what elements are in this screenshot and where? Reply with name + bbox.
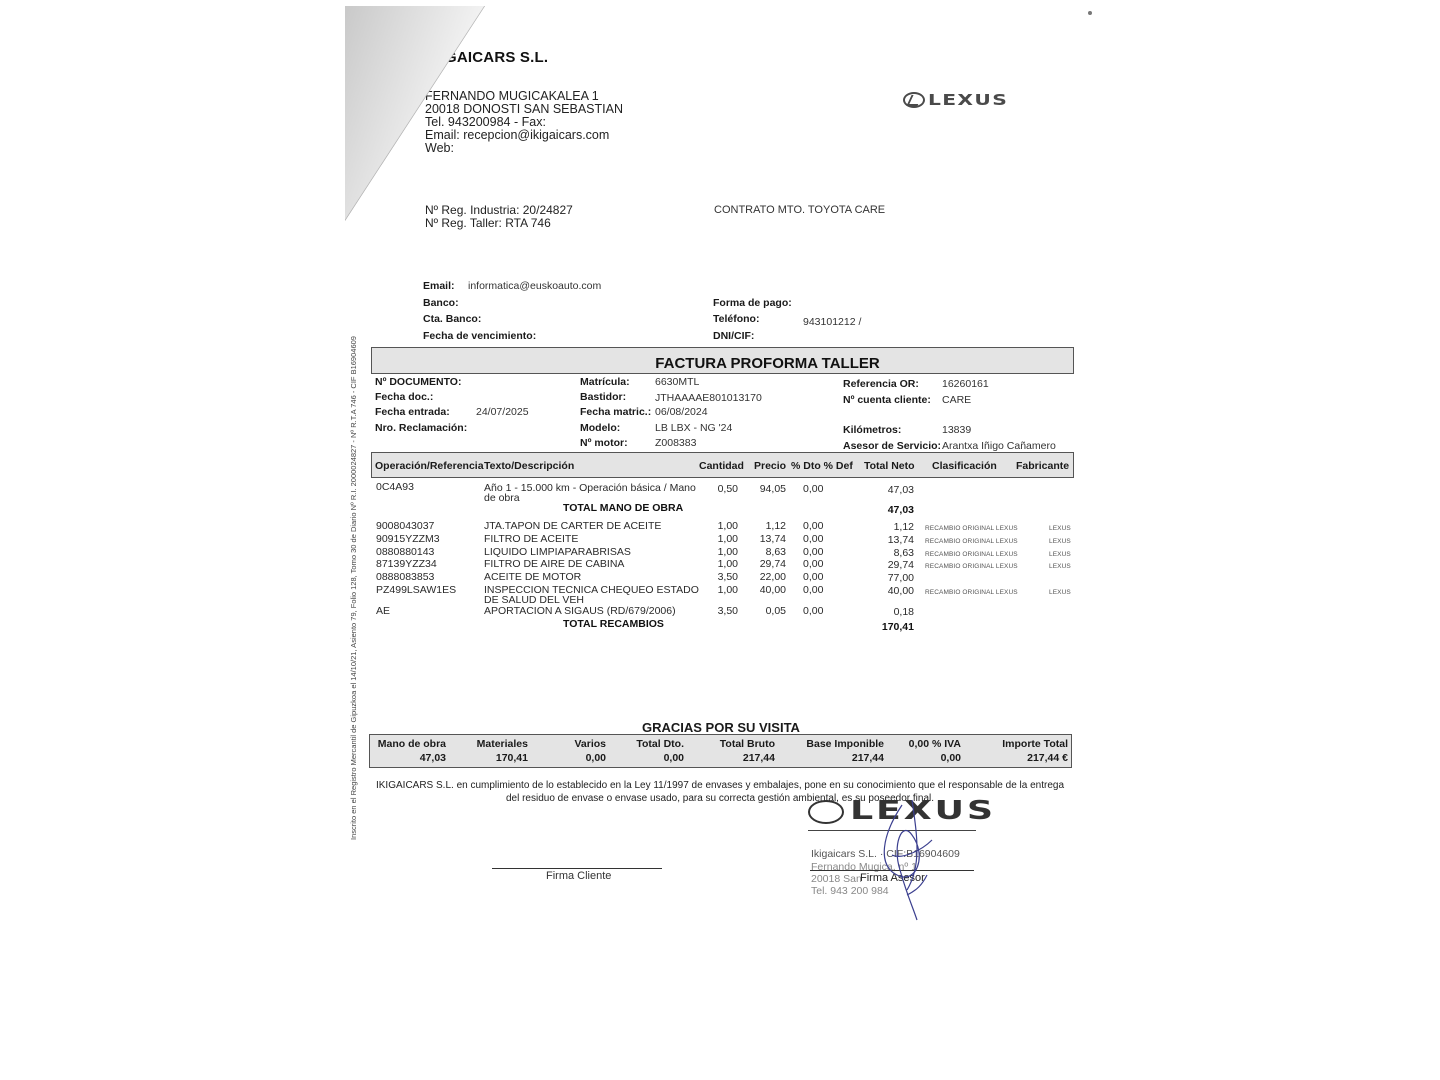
document-title: FACTURA PROFORMA TALLER [655, 355, 879, 372]
part-clasificacion: RECAMBIO ORIGINAL LEXUS [925, 551, 1018, 558]
stamp-lexus-emblem-icon [808, 800, 844, 824]
fecha-doc-label: Fecha doc.: [375, 391, 433, 403]
part-cantidad: 3,50 [700, 605, 738, 617]
total-label: Base Imponible [806, 738, 884, 750]
part-dto: 0,00 [803, 571, 823, 583]
part-cantidad: 3,50 [700, 571, 738, 583]
part-desc-line1: ACEITE DE MOTOR [484, 571, 581, 583]
scan-speck [1088, 11, 1092, 15]
part-clasificacion: RECAMBIO ORIGINAL LEXUS [925, 525, 1018, 532]
parts-total-value: 170,41 [870, 621, 914, 633]
total-label: Importe Total [1002, 738, 1068, 750]
modelo-value: LB LBX - NG '24 [655, 422, 732, 434]
referencia-or-value: 16260161 [942, 378, 989, 390]
part-ref: 90915YZZM3 [376, 533, 440, 545]
part-ref: 0888083853 [376, 571, 434, 583]
total-label: Mano de obra [378, 738, 446, 750]
part-precio: 13,74 [746, 533, 786, 545]
part-dto: 0,00 [803, 605, 823, 617]
col-total-neto: Total Neto [864, 460, 915, 472]
parts-total-label: TOTAL RECAMBIOS [563, 618, 664, 630]
part-clasificacion: RECAMBIO ORIGINAL LEXUS [925, 538, 1018, 545]
kilometros-value: 13839 [942, 424, 971, 436]
document-title-bar: FACTURA PROFORMA TALLER [371, 347, 1074, 374]
labor-total-value: 47,03 [870, 504, 914, 516]
labor-cantidad: 0,50 [700, 483, 738, 495]
lexus-logo: LEXUS [903, 91, 987, 109]
asesor-label: Asesor de Servicio: [843, 440, 941, 452]
part-total: 8,63 [870, 547, 914, 559]
thanks-message: GRACIAS POR SU VISITA [642, 720, 800, 735]
col-operacion: Operación/Referencia [375, 460, 484, 472]
part-total: 1,12 [870, 521, 914, 533]
lexus-emblem-icon [903, 92, 925, 108]
cuenta-cliente-label: Nº cuenta cliente: [843, 394, 931, 406]
part-ref: 0880880143 [376, 546, 434, 558]
contract-type: CONTRATO MTO. TOYOTA CARE [714, 204, 885, 216]
part-dto: 0,00 [803, 584, 823, 596]
part-cantidad: 1,00 [700, 533, 738, 545]
fecha-matric-label: Fecha matric.: [580, 406, 651, 418]
bastidor-label: Bastidor: [580, 391, 626, 403]
part-ref: 9008043037 [376, 520, 434, 532]
total-label: Varios [574, 738, 606, 750]
total-value: 217,44 € [1027, 752, 1068, 764]
items-table-header: Operación/Referencia Texto/Descripción C… [371, 452, 1074, 478]
labor-total-label: TOTAL MANO DE OBRA [563, 502, 683, 514]
asesor-value: Arantxa Iñigo Cañamero [942, 440, 1056, 452]
part-dto: 0,00 [803, 533, 823, 545]
telefono-value: 943101212 / [803, 316, 861, 328]
reg-taller: Nº Reg. Taller: RTA 746 [425, 217, 551, 231]
motor-label: Nº motor: [580, 437, 628, 449]
total-value: 0,00 [941, 752, 961, 764]
forma-pago-label: Forma de pago: [713, 297, 792, 309]
col-precio: Precio [754, 460, 786, 472]
client-signature-label: Firma Cliente [546, 870, 611, 882]
part-precio: 0,05 [746, 605, 786, 617]
part-ref: 87139YZZ34 [376, 558, 437, 570]
client-email-label: Email: [423, 280, 455, 292]
part-total: 13,74 [870, 534, 914, 546]
dni-cif-label: DNI/CIF: [713, 330, 754, 342]
part-total: 40,00 [870, 585, 914, 597]
part-ref: PZ499LSAW1ES [376, 584, 456, 596]
col-fabricante: Fabricante [1016, 460, 1069, 472]
telefono-label: Teléfono: [713, 313, 759, 325]
part-fabricante: LEXUS [1049, 589, 1071, 596]
reclamacion-label: Nro. Reclamación: [375, 422, 467, 434]
company-name: GAICARS S.L. [445, 49, 548, 66]
banco-label: Banco: [423, 297, 459, 309]
total-value: 0,00 [664, 752, 684, 764]
total-value: 0,00 [586, 752, 606, 764]
registry-side-text: Inscrito en el Registro Mercantil de Gip… [349, 310, 358, 840]
part-precio: 40,00 [746, 584, 786, 596]
part-cantidad: 1,00 [700, 520, 738, 532]
part-cantidad: 1,00 [700, 584, 738, 596]
fecha-matric-value: 06/08/2024 [655, 406, 708, 418]
part-dto: 0,00 [803, 546, 823, 558]
labor-precio: 94,05 [746, 483, 786, 495]
part-precio: 29,74 [746, 558, 786, 570]
col-dto-def: % Dto % Def [791, 460, 853, 472]
col-cantidad: Cantidad [699, 460, 744, 472]
part-desc-line1: LIQUIDO LIMPIAPARABRISAS [484, 546, 631, 558]
total-label: Total Dto. [636, 738, 684, 750]
part-total: 29,74 [870, 559, 914, 571]
part-fabricante: LEXUS [1049, 551, 1071, 558]
referencia-or-label: Referencia OR: [843, 378, 919, 390]
part-cantidad: 1,00 [700, 558, 738, 570]
motor-value: Z008383 [655, 437, 696, 449]
fecha-entrada-value: 24/07/2025 [476, 406, 529, 418]
cuenta-cliente-value: CARE [942, 394, 971, 406]
part-cantidad: 1,00 [700, 546, 738, 558]
handwritten-signature [872, 795, 942, 925]
part-desc-line1: APORTACION A SIGAUS (RD/679/2006) [484, 605, 676, 617]
total-value: 170,41 [496, 752, 528, 764]
part-ref: AE [376, 605, 390, 617]
total-label: Total Bruto [720, 738, 775, 750]
stamp-line3: 20018 San [811, 873, 862, 885]
part-precio: 8,63 [746, 546, 786, 558]
part-total: 77,00 [870, 572, 914, 584]
part-clasificacion: RECAMBIO ORIGINAL LEXUS [925, 563, 1018, 570]
total-value: 47,03 [420, 752, 446, 764]
part-fabricante: LEXUS [1049, 563, 1071, 570]
kilometros-label: Kilómetros: [843, 424, 901, 436]
part-fabricante: LEXUS [1049, 525, 1071, 532]
matricula-label: Matrícula: [580, 376, 630, 388]
col-descripcion: Texto/Descripción [484, 460, 574, 472]
part-dto: 0,00 [803, 520, 823, 532]
part-desc-line1: FILTRO DE ACEITE [484, 533, 578, 545]
labor-dto: 0,00 [803, 483, 823, 495]
fecha-entrada-label: Fecha entrada: [375, 406, 450, 418]
totals-summary: Mano de obra47,03Materiales170,41Varios0… [369, 734, 1072, 768]
part-desc-line1: FILTRO DE AIRE DE CABINA [484, 558, 624, 570]
total-label: Materiales [477, 738, 528, 750]
documento-label: Nº DOCUMENTO: [375, 376, 461, 388]
part-total: 0,18 [870, 606, 914, 618]
part-precio: 22,00 [746, 571, 786, 583]
part-fabricante: LEXUS [1049, 538, 1071, 545]
total-value: 217,44 [743, 752, 775, 764]
col-clasificacion: Clasificación [932, 460, 997, 472]
cta-banco-label: Cta. Banco: [423, 313, 481, 325]
lexus-wordmark: LEXUS [928, 91, 1008, 109]
company-web: Web: [425, 142, 454, 156]
total-label: 0,00 % IVA [909, 738, 961, 750]
part-clasificacion: RECAMBIO ORIGINAL LEXUS [925, 589, 1018, 596]
modelo-label: Modelo: [580, 422, 620, 434]
labor-ref: 0C4A93 [376, 481, 414, 493]
fecha-vencimiento-label: Fecha de vencimiento: [423, 330, 536, 342]
labor-desc-line2: de obra [484, 492, 520, 504]
part-desc-line1: JTA.TAPON DE CARTER DE ACEITE [484, 520, 661, 532]
part-dto: 0,00 [803, 558, 823, 570]
part-precio: 1,12 [746, 520, 786, 532]
total-value: 217,44 [852, 752, 884, 764]
matricula-value: 6630MTL [655, 376, 699, 388]
client-signature-line [492, 868, 662, 869]
client-email: informatica@euskoauto.com [468, 280, 601, 292]
bastidor-value: JTHAAAAE801013170 [655, 392, 762, 404]
labor-total: 47,03 [870, 484, 914, 496]
